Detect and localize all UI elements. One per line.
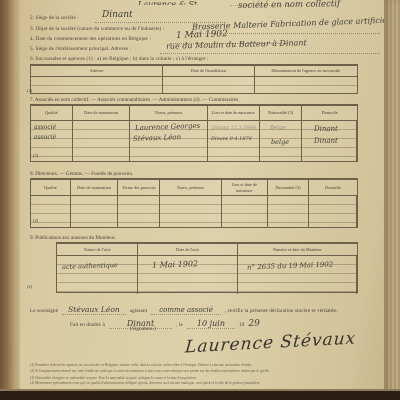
field-date-operations-value: 1 Mai 1902 xyxy=(176,29,228,41)
col-noms-prenoms: Noms, prénoms xyxy=(130,106,208,120)
company-form-handwritten: société en nom collectif xyxy=(238,0,340,11)
acte-date: 1 Mai 1902 xyxy=(152,259,198,270)
section9-title: 9. Publications aux annexes du Moniteur. xyxy=(30,235,116,241)
associe2-nationalite: belge xyxy=(271,138,289,146)
field-siege-value: Dinant xyxy=(102,10,133,20)
table-moniteur: Nature de l'acte Date de l'acte Numéro e… xyxy=(56,242,358,293)
fait-en-double-line: Fait en double à Dinant , le 10 juin 19 … xyxy=(70,313,370,331)
associe1-qualite: associé xyxy=(34,124,56,131)
col-date-nomination: Date de nomination xyxy=(73,106,131,120)
table8-continuation-note: (2) xyxy=(33,218,38,223)
date-handwritten: 10 juin xyxy=(187,319,235,329)
top-cutoff-handwriting: Laurence & Stévaux xyxy=(138,0,198,5)
section7-title: 7. Associés en nom collectif. — Associés… xyxy=(30,97,239,103)
field-objet-label: 3. Objet de la société (nature du commer… xyxy=(30,26,164,32)
signature-label: (Signature.) xyxy=(130,326,156,332)
table-directeurs: Qualité Date de nomination Terme des pou… xyxy=(30,178,358,228)
table6-continuation-note: (2) xyxy=(27,88,32,93)
col9-numero-moniteur: Numéro et date du Moniteur xyxy=(238,244,357,255)
table-succursales: Adresse Date de l'installation Dénominat… xyxy=(30,64,358,94)
table7-continuation-note: (2) xyxy=(33,153,38,158)
book-binding-edge xyxy=(0,0,20,400)
col-date-installation: Date de l'installation xyxy=(163,66,254,76)
col-nationalite: Nationalité (3) xyxy=(260,106,303,120)
field-siege-label: 2. Siège de la société : xyxy=(30,15,79,21)
year-handwritten: 29 xyxy=(248,319,259,329)
associe2-domicile: Dinant xyxy=(314,137,338,145)
field-etablissement-label: 5. Siège de l'établissement principal. A… xyxy=(30,46,131,52)
section6-title: 6. Succursales et agences (1) : a) en Be… xyxy=(30,56,209,62)
col8-qualite: Qualité xyxy=(31,180,71,195)
page-stack-edge xyxy=(384,0,400,400)
associe1-domicile: Dinant xyxy=(314,125,338,133)
bottom-shadow-band xyxy=(0,391,400,400)
col8-noms-prenoms: Noms, prénoms xyxy=(160,180,222,195)
col-domicile: Domicile xyxy=(302,106,357,120)
margin-print-code: — 14 — xyxy=(8,347,12,365)
section8-title: 8. Directeurs. — Gérants. — Fondés de po… xyxy=(30,171,133,177)
associe2-qualite: associé xyxy=(34,134,56,141)
associe2-naissance: Dinant 9.4.1876 xyxy=(211,136,252,142)
register-page-scan: Laurence & Stévaux société en nom collec… xyxy=(0,0,400,400)
footnote-4: (4) Mentionner spécialement ceux qui, en… xyxy=(30,381,382,386)
col-adresse: Adresse xyxy=(31,66,163,76)
col9-nature-acte: Nature de l'acte xyxy=(57,244,138,255)
col-denomination-agence: Dénomination de l'agence ou succursale xyxy=(255,66,357,76)
col8-nationalite: Nationalité (3) xyxy=(268,180,310,195)
signature-handwritten: Laurence Stévaux xyxy=(184,328,357,357)
col9-date-acte: Date de l'acte xyxy=(138,244,237,255)
col-qualite: Qualité xyxy=(31,106,73,120)
col-lieu-date-naissance: Lieu et date de naissance xyxy=(208,106,260,120)
col8-date-nomination: Date de nomination xyxy=(71,180,119,195)
table9-continuation-note: (2) xyxy=(27,284,32,289)
col8-lieu-date-naissance: Lieu et date de naissance xyxy=(222,180,268,195)
associe2-nom: Stévaux Léon xyxy=(133,133,181,143)
footnote-1: (1) Énumérer d'abord les agences ou succ… xyxy=(30,363,382,368)
col8-terme-pouvoirs: Terme des pouvoirs xyxy=(118,180,160,195)
associe1-nationalite: Belge xyxy=(270,125,286,131)
field-date-operations-label: 4. Date du commencement des opérations e… xyxy=(30,36,151,42)
col8-domicile: Domicile xyxy=(309,180,357,195)
footnote-2: (2) Si l'emplacement réservé sur cette f… xyxy=(30,369,382,374)
table-associes: Qualité Date de nomination Noms, prénoms… xyxy=(30,104,358,162)
associe1-naissance: Dinant 12.3.1864 xyxy=(212,125,256,131)
